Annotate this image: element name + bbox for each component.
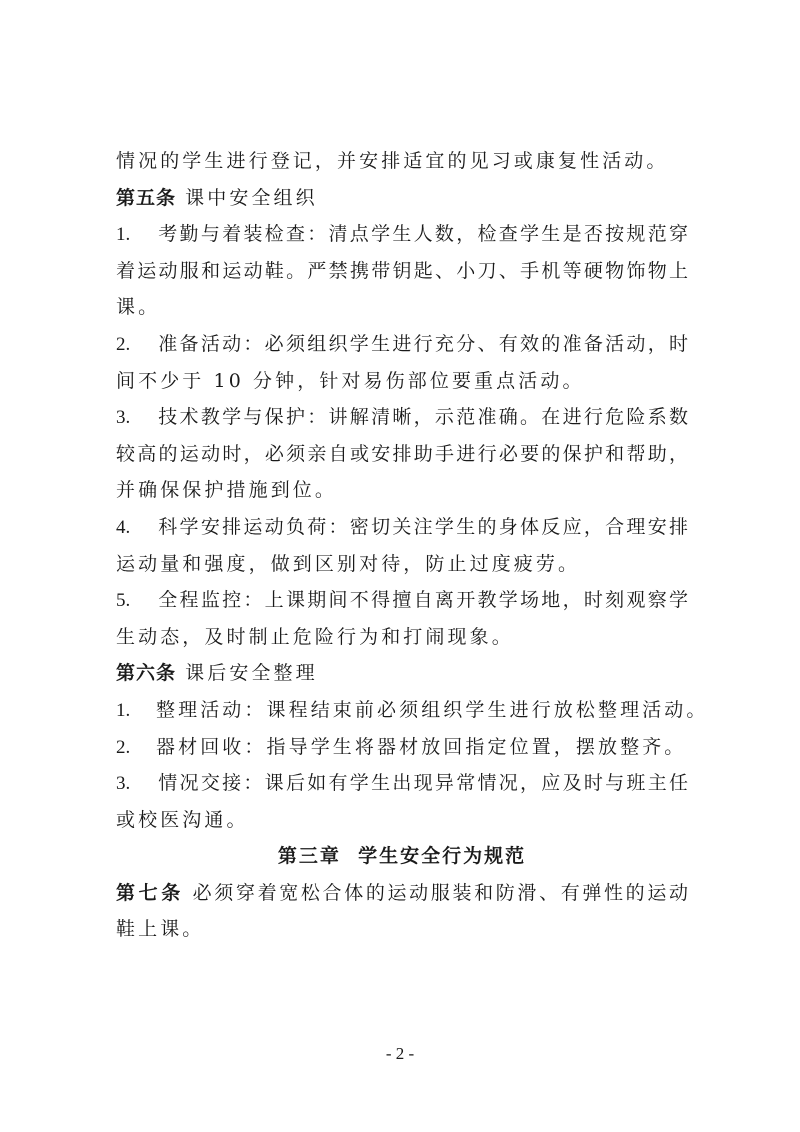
paragraph-text: 运动量和强度，做到区别对待，防止过度疲劳。 bbox=[116, 553, 580, 575]
item-text: 情况交接：课后如有学生出现异常情况，应及时与班主任 bbox=[156, 772, 688, 794]
list-item: 1.整理活动：课程结束前必须组织学生进行放松整理活动。 bbox=[116, 692, 688, 729]
list-item: 2.准备活动：必须组织学生进行充分、有效的准备活动，时 bbox=[116, 326, 688, 363]
item-number: 5. bbox=[116, 583, 156, 620]
paragraph-text: 或校医沟通。 bbox=[116, 809, 249, 831]
item-text: 考勤与着装检查：清点学生人数，检查学生是否按规范穿 bbox=[156, 223, 688, 245]
item-number: 1. bbox=[116, 217, 156, 254]
item-number: 1. bbox=[116, 693, 156, 730]
paragraph-text: 并确保保护措施到位。 bbox=[116, 479, 337, 501]
article-paragraph: 第七条 必须穿着宽松合体的运动服装和防滑、有弹性的运动 bbox=[116, 875, 688, 912]
item-number: 2. bbox=[116, 327, 156, 364]
paragraph-text: 较高的运动时，必须亲自或安排助手进行必要的保护和帮助， bbox=[116, 443, 688, 465]
article-label: 第七条 bbox=[116, 882, 184, 904]
article-heading: 第五条 课中安全组织 bbox=[116, 180, 688, 217]
paragraph-text: 课。 bbox=[116, 296, 160, 318]
item-number: 3. bbox=[116, 766, 156, 803]
text-line: 较高的运动时，必须亲自或安排助手进行必要的保护和帮助， bbox=[116, 436, 688, 473]
document-page: 情况的学生进行登记，并安排适宜的见习或康复性活动。 第五条 课中安全组织 1.考… bbox=[116, 143, 688, 948]
list-item: 3.技术教学与保护：讲解清晰，示范准确。在进行危险系数 bbox=[116, 399, 688, 436]
text-line: 或校医沟通。 bbox=[116, 802, 688, 839]
text-line: 并确保保护措施到位。 bbox=[116, 472, 688, 509]
chapter-title: 第三章 学生安全行为规范 bbox=[278, 845, 526, 867]
article-title: 课后安全整理 bbox=[185, 662, 318, 684]
item-number: 3. bbox=[116, 400, 156, 437]
text-line: 间不少于 10 分钟，针对易伤部位要重点活动。 bbox=[116, 363, 688, 400]
article-label: 第五条 bbox=[116, 187, 176, 209]
list-item: 5.全程监控：上课期间不得擅自离开教学场地，时刻观察学 bbox=[116, 582, 688, 619]
list-item: 3.情况交接：课后如有学生出现异常情况，应及时与班主任 bbox=[116, 765, 688, 802]
paragraph-text: 间不少于 10 分钟，针对易伤部位要重点活动。 bbox=[116, 370, 585, 392]
item-number: 2. bbox=[116, 730, 156, 767]
text-line: 运动量和强度，做到区别对待，防止过度疲劳。 bbox=[116, 546, 688, 583]
article-text: 必须穿着宽松合体的运动服装和防滑、有弹性的运动 bbox=[193, 882, 688, 904]
text-line: 鞋上课。 bbox=[116, 911, 688, 948]
item-text: 技术教学与保护：讲解清晰，示范准确。在进行危险系数 bbox=[156, 406, 688, 428]
text-line: 生动态，及时制止危险行为和打闹现象。 bbox=[116, 619, 688, 656]
article-heading: 第六条 课后安全整理 bbox=[116, 655, 688, 692]
article-label: 第六条 bbox=[116, 662, 176, 684]
item-text: 科学安排运动负荷：密切关注学生的身体反应，合理安排 bbox=[156, 516, 688, 538]
item-text: 器材回收：指导学生将器材放回指定位置，摆放整齐。 bbox=[156, 736, 686, 758]
list-item: 4.科学安排运动负荷：密切关注学生的身体反应，合理安排 bbox=[116, 509, 688, 546]
list-item: 2.器材回收：指导学生将器材放回指定位置，摆放整齐。 bbox=[116, 729, 688, 766]
item-text: 全程监控：上课期间不得擅自离开教学场地，时刻观察学 bbox=[156, 589, 688, 611]
paragraph-text: 鞋上课。 bbox=[116, 918, 204, 940]
item-text: 准备活动：必须组织学生进行充分、有效的准备活动，时 bbox=[156, 333, 688, 355]
text-line: 课。 bbox=[116, 289, 688, 326]
article-title: 课中安全组织 bbox=[185, 187, 318, 209]
text-line: 着运动服和运动鞋。严禁携带钥匙、小刀、手机等硬物饰物上 bbox=[116, 253, 688, 290]
item-text: 整理活动：课程结束前必须组织学生进行放松整理活动。 bbox=[156, 699, 709, 721]
paragraph-text: 生动态，及时制止危险行为和打闹现象。 bbox=[116, 626, 514, 648]
text-line: 情况的学生进行登记，并安排适宜的见习或康复性活动。 bbox=[116, 143, 688, 180]
paragraph-text: 着运动服和运动鞋。严禁携带钥匙、小刀、手机等硬物饰物上 bbox=[116, 260, 688, 282]
page-number: - 2 - bbox=[0, 1044, 800, 1064]
list-item: 1.考勤与着装检查：清点学生人数，检查学生是否按规范穿 bbox=[116, 216, 688, 253]
paragraph-text: 情况的学生进行登记，并安排适宜的见习或康复性活动。 bbox=[116, 150, 669, 172]
item-number: 4. bbox=[116, 510, 156, 547]
chapter-heading: 第三章 学生安全行为规范 bbox=[116, 838, 688, 875]
